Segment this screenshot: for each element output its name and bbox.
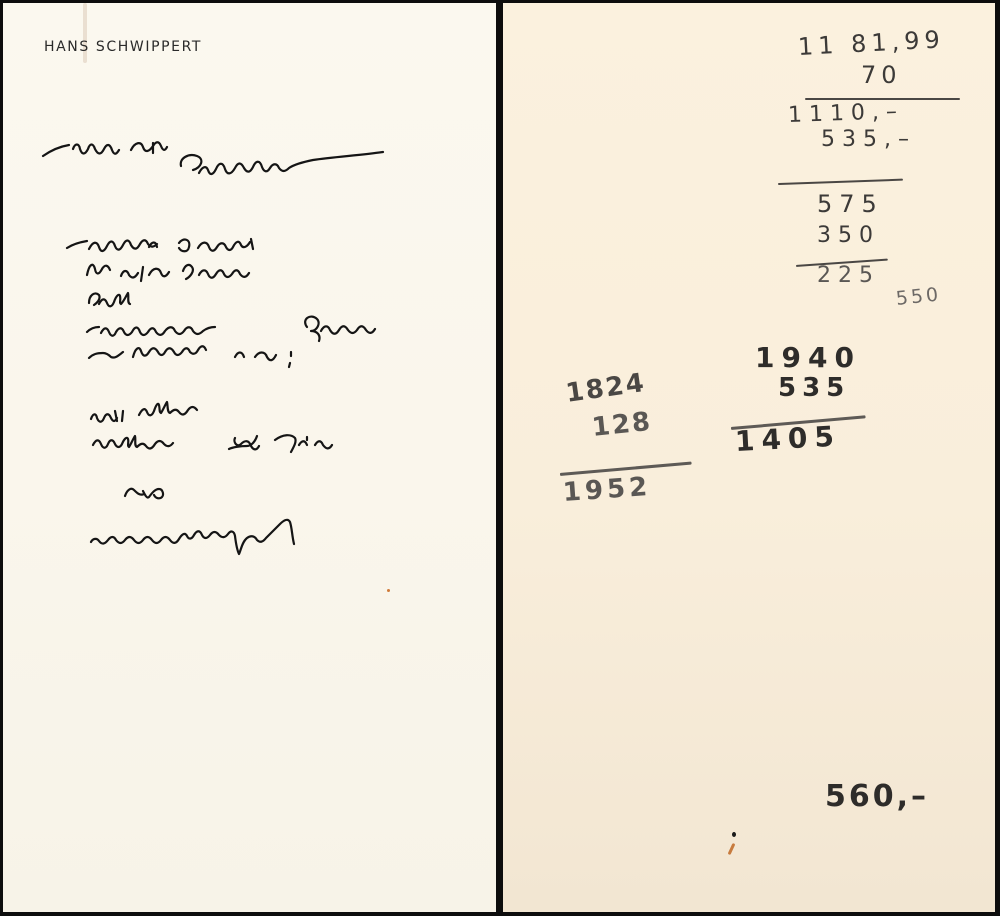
calc-top-line-1: 11 81,99 xyxy=(797,25,945,61)
calc-right-line-2: 535 xyxy=(778,373,850,403)
paper-speck xyxy=(387,589,390,592)
calc-mid-line-1: 575 xyxy=(817,190,884,218)
calc-top-line-2: 70 xyxy=(861,61,902,89)
calc-top-result-2: 535,– xyxy=(821,127,916,152)
card-front: HANS SCHWIPPERT Lieber Herr Dalbenkaimer… xyxy=(3,3,496,912)
calc-left-line-1: 1824 xyxy=(564,368,648,409)
calc-right-line-1: 1940 xyxy=(755,341,861,374)
calc-left-line-2: 128 xyxy=(590,407,653,443)
calc-right-result: 1405 xyxy=(734,419,842,457)
calc-mid-side-note: 550 xyxy=(895,283,942,310)
calc-top-result-1: 1110,– xyxy=(788,99,905,128)
card-back: 11 81,99 70 1110,– 535,– 575 350 225 550… xyxy=(503,3,995,912)
paper-speck xyxy=(728,843,736,855)
calc-bottom-value: 560,– xyxy=(825,779,929,814)
paper-speck xyxy=(732,832,736,837)
calc-left-result: 1952 xyxy=(562,472,652,508)
calc-mid-rule-top xyxy=(778,179,903,185)
handwritten-note-ink xyxy=(3,3,496,912)
calc-mid-result: 225 xyxy=(817,263,880,288)
calc-mid-line-2: 350 xyxy=(817,223,880,248)
